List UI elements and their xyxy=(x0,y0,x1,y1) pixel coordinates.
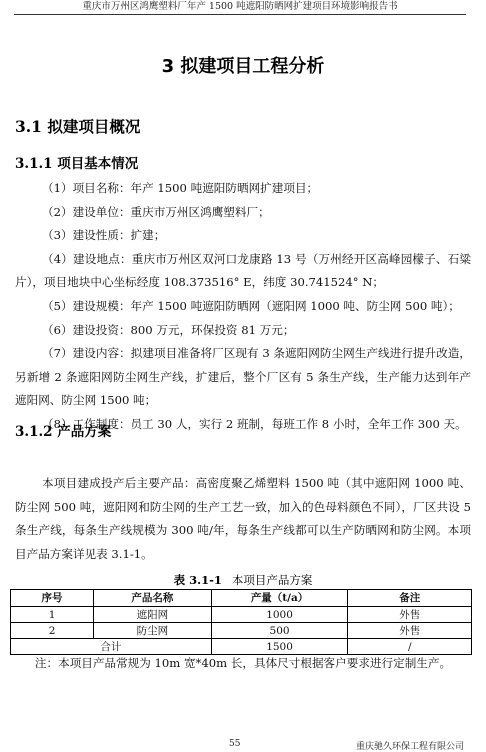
header-remark: 备注 xyxy=(348,590,472,607)
cell-total-label: 合计 xyxy=(11,639,212,655)
section-heading-3-1-1: 3.1.1 项目基本情况 xyxy=(15,155,138,173)
header-product-name: 产品名称 xyxy=(94,590,212,607)
list-item-location: （4）建设地点：重庆市万州区双河口龙康路 13 号（万州经开区高峰园檬子、石粱片… xyxy=(15,248,471,295)
list-item-builder: （2）建设单位：重庆市万州区鸿鹰塑料厂； xyxy=(15,201,471,225)
header-seq: 序号 xyxy=(11,590,94,607)
cell-remark: 外售 xyxy=(348,623,472,639)
product-table: 序号 产品名称 产量（t/a） 备注 1 遮阳网 1000 外售 2 防尘网 5… xyxy=(10,589,472,655)
running-header: 重庆市万州区鸿鹰塑料厂年产 1500 吨遮阳防晒网扩建项目环境影响报告书 xyxy=(14,1,466,15)
product-plan-paragraph: 本项目建成投产后主要产品：高密度聚乙烯塑料 1500 吨（其中遮阳网 1000 … xyxy=(15,472,471,566)
table-caption: 表 3.1-1本项目产品方案 xyxy=(0,572,486,588)
page-number: 55 xyxy=(229,739,240,749)
cell-output: 1000 xyxy=(211,607,348,623)
list-item-nature: （3）建设性质：扩建； xyxy=(15,224,471,248)
table-note: 注：本项目产品常规为 10m 宽*40m 长，具体尺寸根据客户要求进行定制生产。 xyxy=(0,655,486,671)
list-item-scale: （5）建设规模：年产 1500 吨遮阳防晒网（遮阳网 1000 吨、防尘网 50… xyxy=(15,295,471,319)
table-header-row: 序号 产品名称 产量（t/a） 备注 xyxy=(11,590,472,607)
table-caption-number: 表 3.1-1 xyxy=(174,573,222,587)
cell-product-name: 遮阳网 xyxy=(94,607,212,623)
cell-seq: 2 xyxy=(11,623,94,639)
list-item-investment: （6）建设投资：800 万元，环保投资 81 万元； xyxy=(15,319,471,343)
project-info-list: （1）项目名称：年产 1500 吨遮阳防晒网扩建项目； （2）建设单位：重庆市万… xyxy=(15,177,471,437)
header-output: 产量（t/a） xyxy=(211,590,348,607)
cell-remark: 外售 xyxy=(348,607,472,623)
table-total-row: 合计 1500 / xyxy=(11,639,472,655)
list-item-content: （7）建设内容：拟建项目准备将厂区现有 3 条遮阳网防尘网生产线进行提升改造，另… xyxy=(15,342,471,413)
cell-product-name: 防尘网 xyxy=(94,623,212,639)
chapter-title: 3 拟建项目工程分析 xyxy=(0,55,486,79)
cell-total-value: 1500 xyxy=(211,639,348,655)
table-row: 2 防尘网 500 外售 xyxy=(11,623,472,639)
table-caption-title: 本项目产品方案 xyxy=(232,573,313,587)
cell-seq: 1 xyxy=(11,607,94,623)
cell-total-remark: / xyxy=(348,639,472,655)
section-heading-3-1-2: 3.1.2 产品方案 xyxy=(15,423,111,441)
cell-output: 500 xyxy=(211,623,348,639)
list-item-project-name: （1）项目名称：年产 1500 吨遮阳防晒网扩建项目； xyxy=(15,177,471,201)
footer-company: 重庆驰久环保工程有限公司 xyxy=(356,739,464,752)
product-plan-text: 本项目建成投产后主要产品：高密度聚乙烯塑料 1500 吨（其中遮阳网 1000 … xyxy=(15,472,471,566)
table-row: 1 遮阳网 1000 外售 xyxy=(11,607,472,623)
section-heading-3-1: 3.1 拟建项目概况 xyxy=(15,117,140,137)
